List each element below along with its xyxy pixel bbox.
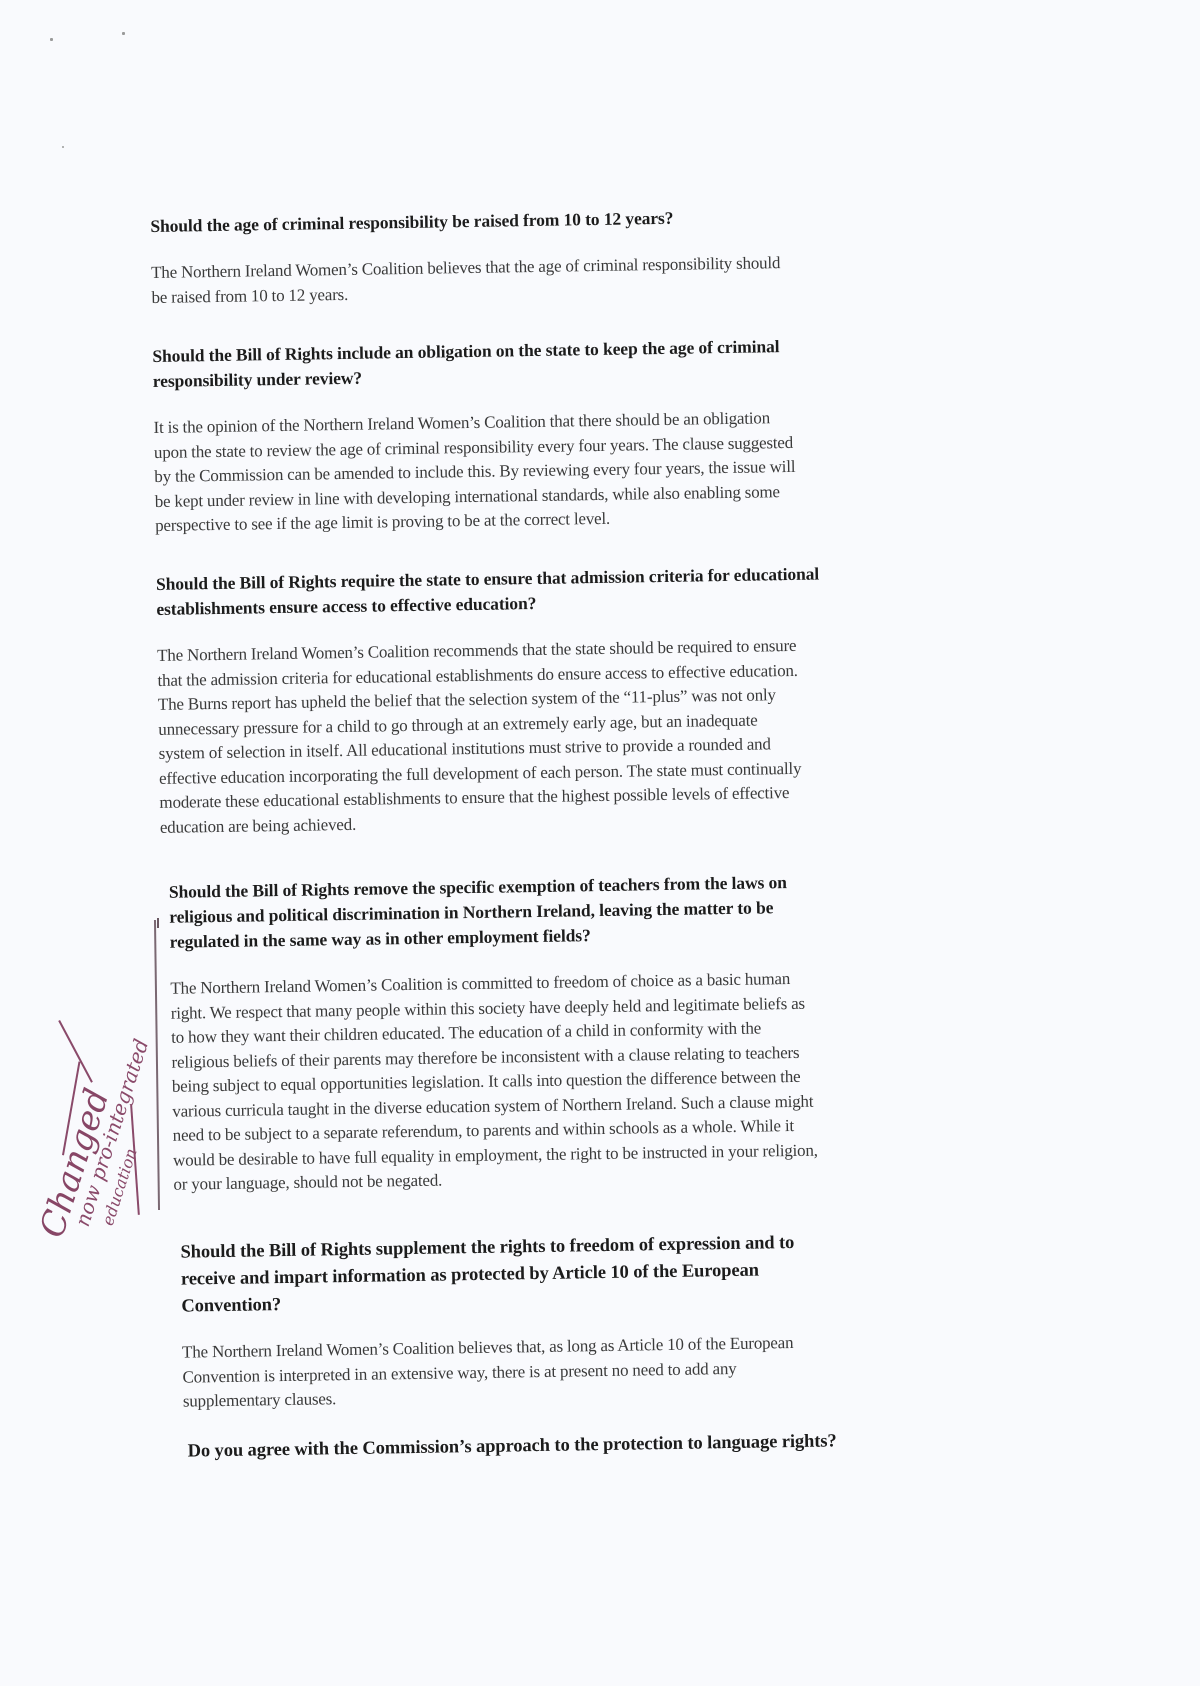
section-answer: It is the opinion of the Northern Irelan… xyxy=(153,402,1015,538)
section-question: Should the Bill of Rights supplement the… xyxy=(180,1226,1041,1320)
section-freedom-of-expression: Should the Bill of Rights supplement the… xyxy=(180,1226,1043,1414)
document-body: Should the age of criminal responsibilit… xyxy=(150,186,1010,200)
section-question: Should the Bill of Rights remove the spe… xyxy=(169,866,1030,954)
section-question: Should the Bill of Rights require the st… xyxy=(156,558,1017,622)
section-language-rights: Do you agree with the Commission’s appro… xyxy=(187,1426,1047,1465)
section-answer: The Northern Ireland Women’s Coalition r… xyxy=(157,630,1020,839)
section-teacher-exemption: Should the Bill of Rights remove the spe… xyxy=(169,866,1034,1197)
section-admission-criteria: Should the Bill of Rights require the st… xyxy=(156,558,1020,839)
section-review-obligation: Should the Bill of Rights include an obl… xyxy=(152,330,1015,538)
section-question: Should the age of criminal responsibilit… xyxy=(150,200,1010,239)
section-question: Do you agree with the Commission’s appro… xyxy=(187,1426,1047,1465)
scan-speck xyxy=(122,32,125,35)
scanned-page: Should the age of criminal responsibilit… xyxy=(0,0,1200,1686)
handwritten-annotation: Changed now pro-integrated education xyxy=(0,900,170,1230)
section-criminal-age: Should the age of criminal responsibilit… xyxy=(150,200,1011,309)
section-question: Should the Bill of Rights include an obl… xyxy=(152,330,1013,394)
scan-speck xyxy=(50,38,53,41)
section-answer: The Northern Ireland Women’s Coalition b… xyxy=(182,1327,1043,1414)
section-answer: The Northern Ireland Women’s Coalition i… xyxy=(170,963,1033,1197)
scan-speck xyxy=(62,146,64,148)
section-answer: The Northern Ireland Women’s Coalition b… xyxy=(151,247,1012,310)
